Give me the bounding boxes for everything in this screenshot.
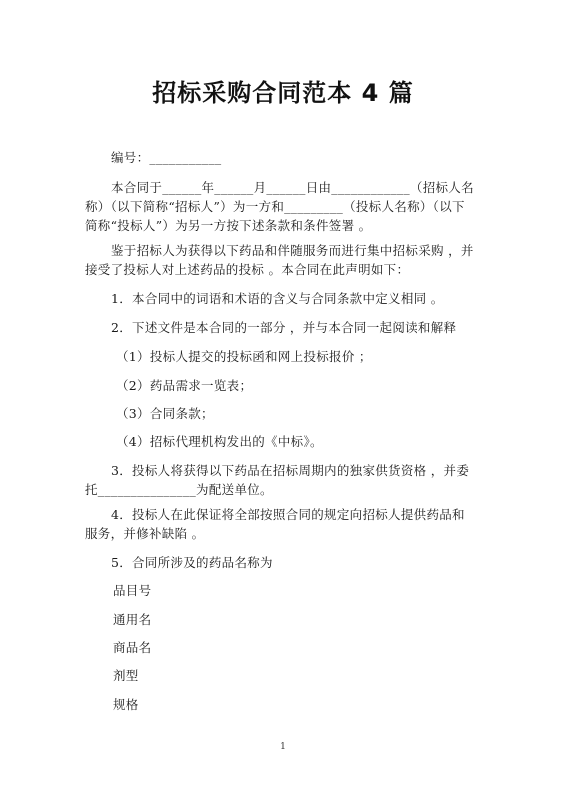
- intro-paragraph: 本合同于______年______月______日由____________（招…: [85, 178, 477, 235]
- clause-5: 5．合同所涉及的药品名称为: [111, 553, 273, 572]
- sub-item-3: （3）合同条款；: [116, 404, 214, 423]
- contract-number-line: 编号：___________: [111, 148, 221, 167]
- drug-field-item-number: 品目号: [113, 581, 151, 600]
- drug-field-generic-name: 通用名: [113, 610, 151, 629]
- whereas-paragraph: 鉴于招标人为获得以下药品和伴随服务而进行集中招标采购 ，并接受了投标人对上述药品…: [85, 241, 477, 279]
- sub-item-2: （2）药品需求一览表；: [116, 376, 252, 395]
- sub-item-4: （4）招标代理机构发出的《中标》。: [116, 432, 323, 451]
- clause-1: 1．本合同中的词语和术语的含义与合同条款中定义相同 。: [111, 289, 444, 308]
- drug-field-specification: 规格: [113, 695, 139, 714]
- drug-field-dosage-form: 剂型: [113, 666, 139, 685]
- clause-2: 2．下述文件是本合同的一部分 ，并与本合同一起阅读和解释: [111, 318, 456, 337]
- sub-item-1: （1）投标人提交的投标函和网上投标报价 ；: [116, 347, 372, 366]
- page-number: 1: [0, 742, 566, 752]
- document-page: 招标采购合同范本 4 篇 编号：___________ 本合同于______年_…: [0, 0, 566, 800]
- document-title: 招标采购合同范本 4 篇: [0, 73, 566, 108]
- clause-3: 3．投标人将获得以下药品在招标周期内的独家供货资格 ，并委托__________…: [85, 461, 477, 499]
- clause-4: 4．投标人在此保证将全部按照合同的规定向招标人提供药品和服务，并修补缺陷 。: [85, 505, 477, 543]
- drug-field-brand-name: 商品名: [113, 638, 151, 657]
